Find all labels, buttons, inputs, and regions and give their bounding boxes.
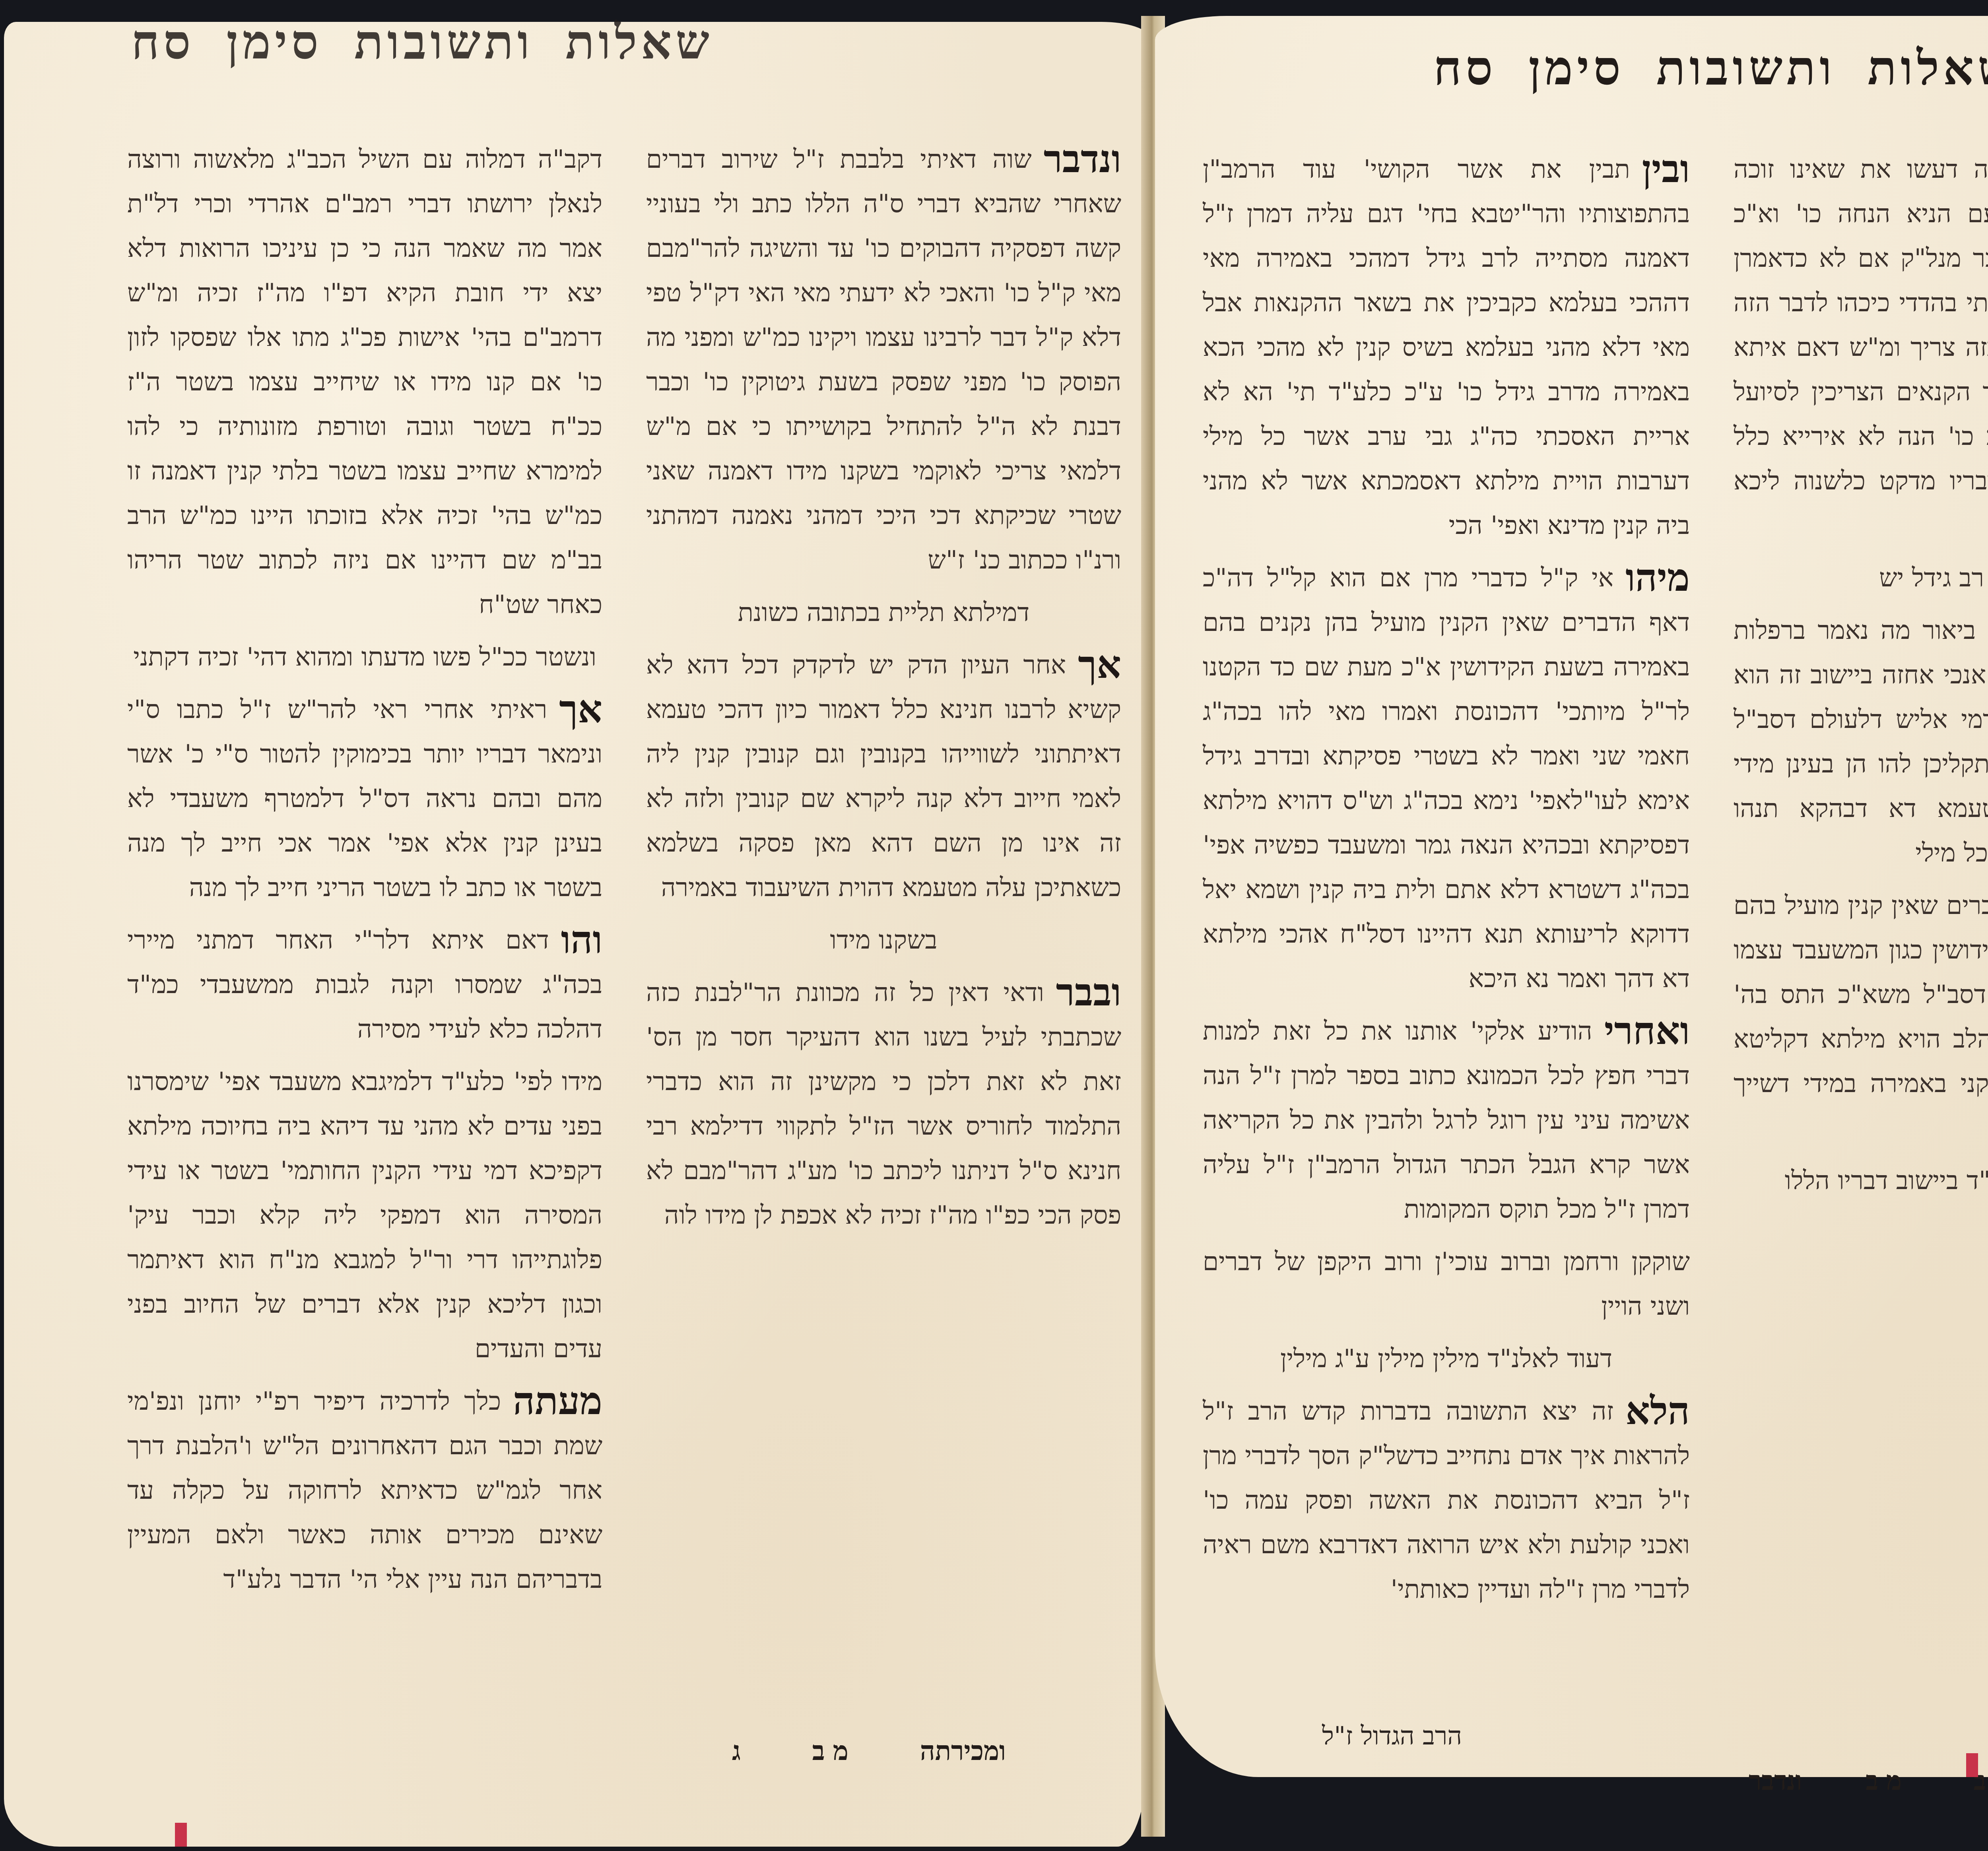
paragraph-lead-word: אך (559, 687, 602, 731)
paragraph: כיכן אמר ז"ל דאפי' הדברים שאין קנין מועי… (1734, 883, 1988, 1151)
paragraph-text: דעוד לאלנ"ד מילין מילין ע"ג מילין (1280, 1344, 1612, 1374)
paragraph-text: דמילתא תליית בכתובה כשונת (738, 598, 1029, 627)
paragraph: ונדבר שוה דאיתי בלבבת ז"ל שירוב דברים שא… (646, 137, 1121, 582)
paragraph: מידו לפי' כלע"ד דלמיגבא משעבד אפי' שימסר… (127, 1059, 602, 1371)
paragraph: אך אחר העיון הדק יש לדקדק דכל דהא לא קשי… (646, 643, 1121, 910)
paragraph-lead-word: מיהו (1625, 556, 1690, 600)
paragraph: שוקקן ורחמן וברוב עוכי'ן ורוב היקפן של ד… (1203, 1240, 1690, 1329)
paragraph-text: בשקנו מידו (830, 925, 938, 955)
centered-line: אדם מדסב"ל זנלע"ד ביישוב דבריו הללו (1734, 1158, 1988, 1203)
left-page-column-left: דקב"ה דמלוה עם השיל הכב"ג מלאשוה ורוצה ל… (127, 137, 602, 1610)
right-page: שאלות ותשובות סימן סח דלכרים הנקנים באמי… (1155, 16, 1988, 1777)
paragraph-lead-word: אך (1078, 643, 1121, 687)
left-page-column-right: ונדבר שוה דאיתי בלבבת ז"ל שירוב דברים שא… (646, 137, 1121, 1610)
paragraph-text: תבין את אשר הקושי' עוד הרמב"ן בהתפוצותיו… (1203, 155, 1690, 540)
paragraph: ואחרי הודיע אלקי' אותנו את כל זאת למנות … (1203, 1009, 1690, 1232)
paragraph-text: שוקקן ורחמן וברוב עוכי'ן ורוב היקפן של ד… (1203, 1247, 1690, 1321)
running-head-word: שאלות (1868, 40, 1988, 96)
paragraph: מעתה כלך לדרכיה דיפיר רפ"י יוחנן ונפ'מי … (127, 1379, 602, 1602)
running-head-word: שאלות (565, 14, 713, 70)
catchword: ונדבר (1749, 1765, 1802, 1797)
paragraph: הלא זה יצא התשובה בדברות קדש הרב ז"ל להר… (1203, 1389, 1690, 1612)
running-head-word: סח (131, 14, 194, 70)
paragraph-lead-word: מעתה (513, 1379, 602, 1423)
centered-line: בשקנו מידו (646, 918, 1121, 962)
paragraph-text: דאם איתא דלר"י האחר דמתני מיירי בכה"ג שמ… (127, 925, 602, 1044)
paragraph: והו דאם איתא דלר"י האחר דמתני מיירי בכה"… (127, 918, 602, 1052)
paragraph-text: אל עלינו חובת ביאור מה נאמר ברפלות שבר ס… (1734, 616, 1988, 868)
paragraph-text: דלכרים הנקנים באמירה דעשו את שאינו זוכה … (1734, 155, 1988, 540)
paragraph-text: אי ק"ל כדברי מרן אם הוא קל"ל דה"כ דאף הד… (1203, 563, 1690, 993)
left-page-footer: ומכירתה מב ג (131, 1735, 1006, 1767)
paragraph: דלכרים הנקנים באמירה דעשו את שאינו זוכה … (1734, 147, 1988, 548)
left-page: שאלות ותשובות סימן סח ונדבר שוה דאיתי בל… (4, 22, 1149, 1847)
left-page-columns: ונדבר שוה דאיתי בלבבת ז"ל שירוב דברים שא… (127, 137, 1121, 1610)
paragraph-text: אדם מדסב"ל זנלע"ד ביישוב דבריו הללו (1785, 1166, 1988, 1195)
paragraph-text: כיכן אמר ז"ל דאפי' הדברים שאין קנין מועי… (1734, 891, 1988, 1143)
centered-line: דמילתא תליית בכתובה כשונת (646, 590, 1121, 635)
paragraph: דקב"ה דמלוה עם השיל הכב"ג מלאשוה ורוצה ל… (127, 137, 602, 627)
running-head-word: סח (1433, 40, 1497, 96)
left-running-head: שאלות ותשובות סימן סח (131, 14, 713, 70)
right-page-footer: ב מב ונדבר (1199, 1765, 1988, 1797)
paragraph: וא"ב אל עלינו חובת ביאור מה נאמר ברפלות … (1734, 608, 1988, 875)
book-spread: שאלות ותשובות סימן סח ונדבר שוה דאיתי בל… (0, 0, 1988, 1851)
signature-letter: ג (732, 1735, 749, 1767)
paragraph-text: כמילתיה רב גידל יש (1879, 563, 1988, 593)
signature-number: מב (812, 1735, 856, 1767)
paragraph: מיהו אי ק"ל כדברי מרן אם הוא קל"ל דה"כ ד… (1203, 556, 1690, 1001)
paragraph-lead-word: הלא (1625, 1389, 1690, 1433)
paragraph-lead-word: ובין (1642, 147, 1690, 191)
paragraph-lead-word: והו (561, 918, 602, 962)
paragraph-lead-word: ואחרי (1604, 1009, 1690, 1053)
paragraph-text: ונשטר ככ"ל פשו מדעתו ומהוא דהי' זכיה דקת… (133, 642, 596, 672)
closing-line: הרב הגדול ז"ל (1322, 1721, 1462, 1751)
paragraph-lead-word: ונדבר (1044, 137, 1121, 181)
centered-line: ונשטר ככ"ל פשו מדעתו ומהוא דהי' זכיה דקת… (127, 635, 602, 679)
paragraph-lead-word: ובבר (1056, 970, 1121, 1014)
running-head-word: ותשובות (1656, 40, 1836, 96)
paragraph: ובבר ודאי דאין כל זה מכוונת הר"לבנת כזה … (646, 970, 1121, 1238)
paragraph: ובין תבין את אשר הקושי' עוד הרמב"ן בהתפו… (1203, 147, 1690, 548)
running-head-word: סימן (1528, 40, 1624, 96)
centered-line: כמילתיה רב גידל יש (1734, 556, 1988, 600)
paragraph-text: שוה דאיתי בלבבת ז"ל שירוב דברים שאחרי שה… (646, 145, 1121, 575)
running-head-word: סימן (226, 14, 322, 70)
paragraph-text: ראיתי אחרי ראי להר"ש ז"ל כתבו ס"י ונימאר… (127, 695, 602, 902)
paragraph: אך ראיתי אחרי ראי להר"ש ז"ל כתבו ס"י וני… (127, 687, 602, 910)
bookmark-ribbon (175, 1823, 187, 1847)
paragraph-text: ודאי דאין כל זה מכוונת הר"לבנת כזה שכתבת… (646, 978, 1121, 1230)
right-page-column-right: דלכרים הנקנים באמירה דעשו את שאינו זוכה … (1734, 147, 1988, 1620)
signature-number: מב (1866, 1765, 1910, 1797)
paragraph-text: אחר העיון הדק יש לדקדק דכל דהא לא קשיא ל… (646, 650, 1121, 902)
paragraph-text: מידו לפי' כלע"ד דלמיגבא משעבד אפי' שימסר… (127, 1067, 602, 1364)
catchword: ומכירתה (920, 1735, 1006, 1767)
bookmark-ribbon (1966, 1753, 1978, 1777)
running-head-word: ותשובות (354, 14, 534, 70)
right-page-column-left: ובין תבין את אשר הקושי' עוד הרמב"ן בהתפו… (1203, 147, 1690, 1620)
paragraph-text: זה יצא התשובה בדברות קדש הרב ז"ל להראות … (1203, 1397, 1690, 1604)
paragraph-text: דקב"ה דמלוה עם השיל הכב"ג מלאשוה ורוצה ל… (127, 145, 602, 619)
right-page-columns: דלכרים הנקנים באמירה דעשו את שאינו זוכה … (1203, 147, 1988, 1620)
right-running-head: שאלות ותשובות סימן סח (1433, 40, 1988, 96)
centered-line: דעוד לאלנ"ד מילין מילין ע"ג מילין (1203, 1337, 1690, 1381)
